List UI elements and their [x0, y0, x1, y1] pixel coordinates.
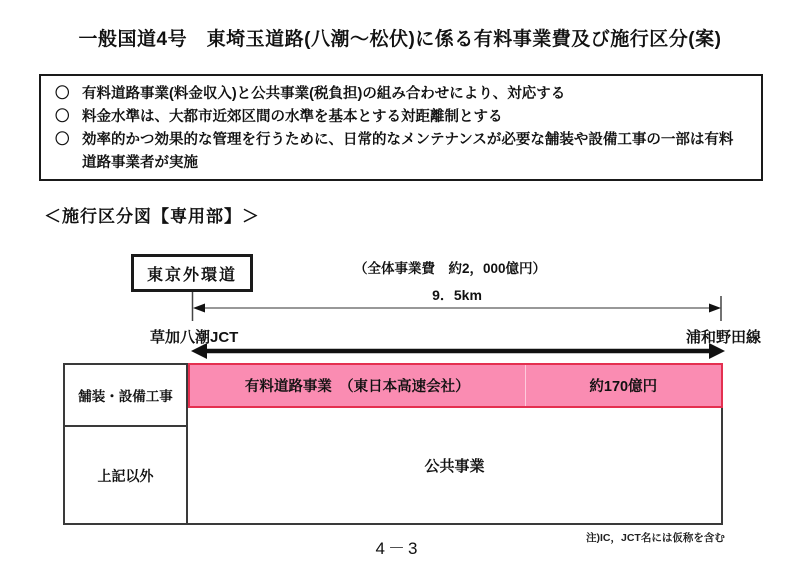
footnote: 注)IC，JCT名には仮称を含む: [586, 530, 725, 545]
policy-bullet-2: 〇 料金水準は、大都市近郊区間の水準を基本とする対距離制とする: [55, 106, 747, 129]
expressway-box: 東京外環道: [131, 254, 253, 292]
toll-amount-cell: 約170億円: [526, 365, 721, 406]
policy-bullet-text: 有料道路事業(料金収入)と公共事業(税負担)の組み合わせにより、対応する: [82, 83, 747, 106]
extent-arrow: [191, 343, 725, 359]
section-label: ＜施行区分図【専用部】＞: [44, 202, 260, 227]
table-label-column: 舗装・設備工事 上記以外: [63, 363, 188, 525]
right-endpoint-label: 浦和野田線: [660, 326, 761, 347]
row-label-other: 上記以外: [65, 427, 186, 525]
public-works-cell: 公共事業: [188, 408, 723, 525]
bullet-circle-icon: 〇: [55, 129, 73, 175]
row-label-pavement: 舗装・設備工事: [65, 365, 186, 427]
policy-bullet-text: 料金水準は、大都市近郊区間の水準を基本とする対距離制とする: [82, 106, 747, 129]
distance-label: 9．5km: [407, 285, 507, 305]
policy-bullet-1: 〇 有料道路事業(料金収入)と公共事業(税負担)の組み合わせにより、対応する: [55, 83, 747, 106]
toll-business-band: 有料道路事業 （東日本高速会社） 約170億円: [188, 363, 723, 408]
page-number: 4－3: [358, 534, 438, 559]
bullet-circle-icon: 〇: [55, 83, 73, 106]
policy-box: 〇 有料道路事業(料金収入)と公共事業(税負担)の組み合わせにより、対応する 〇…: [39, 74, 763, 181]
policy-bullet-text: 効率的かつ効果的な管理を行うために、日常的なメンテナンスが必要な舗装や設備工事の…: [82, 129, 747, 175]
slide: 一般国道4号 東埼玉道路(八潮～松伏)に係る有料事業費及び施行区分(案) 〇 有…: [0, 0, 800, 566]
toll-business-cell: 有料道路事業 （東日本高速会社）: [190, 365, 526, 406]
total-cost-note: （全体事業費 約2，000億円）: [330, 257, 570, 277]
policy-bullet-3: 〇 効率的かつ効果的な管理を行うために、日常的なメンテナンスが必要な舗装や設備工…: [55, 129, 747, 175]
bullet-circle-icon: 〇: [55, 106, 73, 129]
page-title: 一般国道4号 東埼玉道路(八潮～松伏)に係る有料事業費及び施行区分(案): [0, 24, 800, 51]
left-endpoint-label: 草加八潮JCT: [150, 326, 238, 347]
